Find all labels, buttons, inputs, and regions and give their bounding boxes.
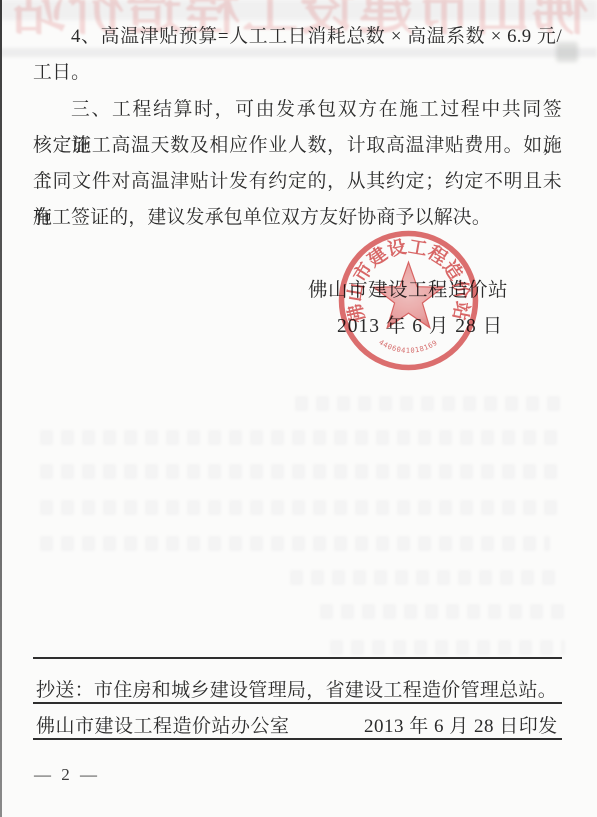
official-seal: 佛山市建设工程造价站 4406041018169 (338, 230, 479, 371)
bleedthrough-ghost (295, 396, 560, 411)
body-line: 核定施工高温天数及相应作业人数，计取高温津贴费用。如施工 (33, 128, 562, 164)
footer-divider-bottom (33, 738, 562, 740)
scan-band (0, 0, 597, 20)
footer-cc-line: 抄送：市住房和城乡建设管理局，省建设工程造价管理总站。 (36, 675, 557, 702)
body-line: 工日。 (33, 55, 562, 91)
footer-print-date: 2013 年 6 月 28 日印发 (364, 711, 558, 738)
body-line: 4、高温津贴预算=人工工日消耗总数 × 高温系数 × 6.9 元/ (33, 19, 562, 55)
seal-code: 4406041018169 (377, 338, 438, 355)
bleedthrough-ghost (320, 604, 565, 619)
bleedthrough-ghost (40, 536, 550, 551)
footer-divider-top (33, 657, 562, 659)
svg-text:4406041018169: 4406041018169 (377, 338, 438, 355)
star-icon (374, 262, 443, 328)
footer-divider-middle (33, 702, 562, 704)
bleedthrough-ghost (40, 464, 565, 479)
document-page: 佛山市建设工程造价站 4、高温津贴预算=人工工日消耗总数 × 高温系数 × 6.… (0, 0, 597, 817)
bleedthrough-ghost (290, 570, 560, 585)
scan-edge-line (0, 0, 2, 817)
bleedthrough-ghost (40, 500, 560, 515)
document-body: 4、高温津贴预算=人工工日消耗总数 × 高温系数 × 6.9 元/ 工日。 三、… (33, 19, 562, 237)
footer-office: 佛山市建设工程造价站办公室 (36, 711, 290, 738)
bleedthrough-ghost (330, 640, 565, 655)
page-number: — 2 — (34, 765, 100, 785)
body-line: 三、工程结算时，可由发承包双方在施工过程中共同签证， (33, 92, 562, 128)
body-line: 合同文件对高温津贴计发有约定的，从其约定；约定不明且未有 (33, 164, 562, 200)
bleedthrough-ghost (40, 430, 560, 445)
body-line: 施工签证的，建议发承包单位双方友好协商予以解决。 (33, 200, 562, 236)
official-seal-svg: 佛山市建设工程造价站 4406041018169 (338, 230, 479, 371)
